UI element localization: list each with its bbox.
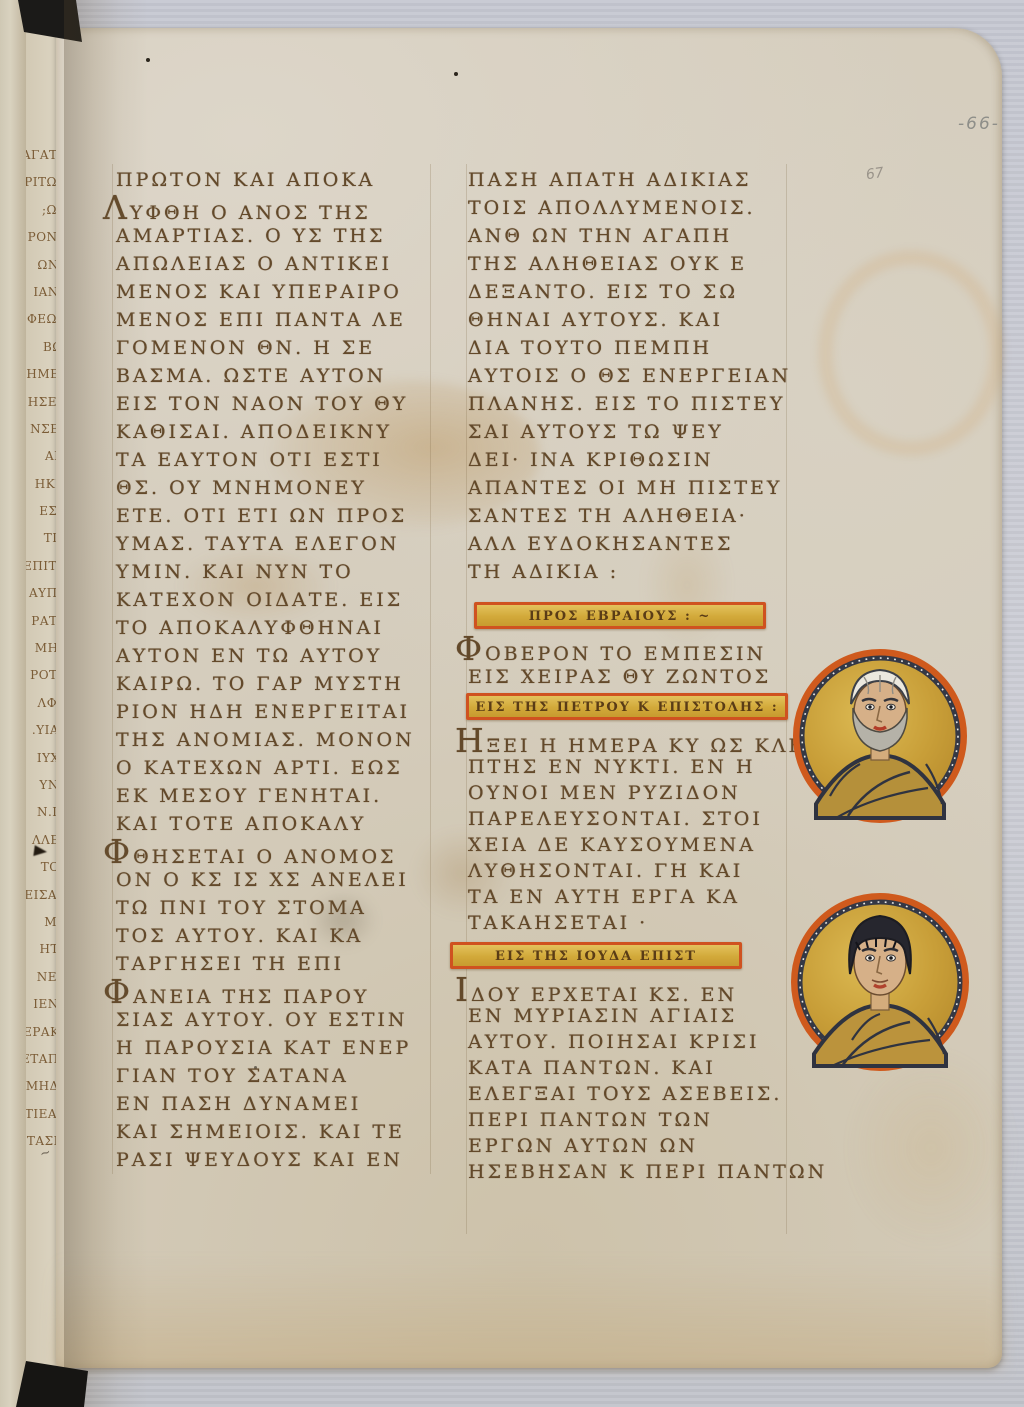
manuscript-line: ΣΑΙ ΑΥΤΟΥΣ ΤΩ ΨΕΥ xyxy=(468,418,804,446)
manuscript-line: ΕΙΣ ΧΕΙΡΑΣ ΘΥ ΖΩΝΤΟΣ xyxy=(468,663,804,691)
manuscript-line: ΒΑΣΜΑ. ΩΣΤΕ ΑΥΤΟΝ xyxy=(116,362,446,390)
manuscript-line: ΤΟΙΣ ΑΠΟΛΛΥΜΕΝΟΙΣ. xyxy=(468,194,804,222)
manuscript-line: ΥΜΑΣ. ΤΑΥΤΑ ΕΛΕΓΟΝ xyxy=(116,530,446,558)
manuscript-line: ΘΗΝΑΙ ΑΥΤΟΥΣ. ΚΑΙ xyxy=(468,306,804,334)
ink-speck xyxy=(146,58,150,62)
manuscript-line: ΔΕΞΑΝΤΟ. ΕΙΣ ΤΟ ΣΩ xyxy=(468,278,804,306)
manuscript-line: ΚΑΙΡΩ. ΤΟ ΓΑΡ ΜΥΣΤΗ xyxy=(116,670,446,698)
left-text-column: ΠΡΩΤΟΝ ΚΑΙ ΑΠΟΚΑΛΥΦΘΗ Ο ΑΝΟΣ ΤΗΣΑΜΑΡΤΙΑΣ… xyxy=(116,166,446,1174)
manuscript-line: ΑΝΘ ΩΝ ΤΗΝ ΑΓΑΠΗ xyxy=(468,222,804,250)
manuscript-line: ΣΑΝΤΕΣ ΤΗ ΑΛΗΘΕΙΑ· xyxy=(468,502,804,530)
manuscript-line: ΕΝ ΜΥΡΙΑΣΙΝ ΑΓΙΑΙΣ xyxy=(468,1003,804,1029)
manuscript-line: Ο ΚΑΤΕΧΩΝ ΑΡΤΙ. ΕΩΣ xyxy=(116,754,446,782)
manuscript-line: ΠΑΡΕΛΕΥΣΟΝΤΑΙ. ΣΤΟΙ xyxy=(468,806,804,832)
manuscript-line: ΛΥΦΘΗ Ο ΑΝΟΣ ΤΗΣ xyxy=(116,194,446,222)
manuscript-line: ΑΠΩΛΕΙΑΣ Ο ΑΝΤΙΚΕΙ xyxy=(116,250,446,278)
elder-apostle-portrait-medallion xyxy=(790,646,970,826)
parchment-stain xyxy=(846,1048,1016,1248)
manuscript-line: ΚΑΙ ΣΗΜΕΙΟΙΣ. ΚΑΙ ΤΕ xyxy=(116,1118,446,1146)
manuscript-line: ΕΡΓΩΝ ΑΥΤΩΝ ΩΝ xyxy=(468,1133,804,1159)
manuscript-line: ΜΕΝΟΣ ΚΑΙ ΥΠΕΡΑΙΡΟ xyxy=(116,278,446,306)
manuscript-line: ΓΟΜΕΝΟΝ ΘΝ. Η ΣΕ xyxy=(116,334,446,362)
secondary-folio-number: 67 xyxy=(865,165,885,183)
right-text-column: ΠΑΣΗ ΑΠΑΤΗ ΑΔΙΚΙΑΣΤΟΙΣ ΑΠΟΛΛΥΜΕΝΟΙΣ.ΑΝΘ … xyxy=(468,166,804,1185)
manuscript-line: ΟΥΝΟΙ ΜΕΝ ΡΥΖΙΔΟΝ xyxy=(468,780,804,806)
manuscript-line: ΕΙΣ ΤΟΝ ΝΑΟΝ ΤΟΥ ΘΥ xyxy=(116,390,446,418)
manuscript-line: ΑΠΑΝΤΕΣ ΟΙ ΜΗ ΠΙΣΤΕΥ xyxy=(468,474,804,502)
manuscript-line: ΛΥΘΗΣΟΝΤΑΙ. ΓΗ ΚΑΙ xyxy=(468,858,804,884)
manuscript-line: Η ΠΑΡΟΥΣΙΑ ΚΑΤ ΕΝΕΡ xyxy=(116,1034,446,1062)
manuscript-line: ΤΟ ΑΠΟΚΑΛΥΦΘΗΝΑΙ xyxy=(116,614,446,642)
manuscript-line: ΑΥΤΟΝ ΕΝ ΤΩ ΑΥΤΟΥ xyxy=(116,642,446,670)
gutter-dark-mark xyxy=(33,845,47,858)
manuscript-line: ΤΑΚΑΗΣΕΤΑΙ · xyxy=(468,910,804,936)
manuscript-line: ΚΑΘΙΣΑΙ. ΑΠΟΔΕΙΚΝΥ xyxy=(116,418,446,446)
manuscript-line: ΔΕΙ· ΙΝΑ ΚΡΙΘΩΣΙΝ xyxy=(468,446,804,474)
book-cover-edge xyxy=(0,0,26,1407)
manuscript-line: ΤΩ ΠΝΙ ΤΟΥ ΣΤΟΜΑ xyxy=(116,894,446,922)
manuscript-line: ΗΣΕΒΗΣΑΝ Κ ΠΕΡΙ ΠΑΝΤΩΝ xyxy=(468,1159,804,1185)
manuscript-line: ΚΑΤΑ ΠΑΝΤΩΝ. ΚΑΙ xyxy=(468,1055,804,1081)
manuscript-line: ΘΣ. ΟΥ ΜΝΗΜΟΝΕΥ xyxy=(116,474,446,502)
manuscript-photograph: ΝΑΓΑΤΩΕΡΙΤΩΝΩΝ;ΡΟΝΩΩΝΑΙΑΝΕΦΕΩΝΒΩΙΗΜΕΡΗΣΕ… xyxy=(0,0,1024,1407)
manuscript-line: ΤΗ ΑΔΙΚΙΑ : xyxy=(468,558,804,586)
manuscript-line: ΔΙΑ ΤΟΥΤΟ ΠΕΜΠΗ xyxy=(468,334,804,362)
manuscript-line: ΕΚ ΜΕΣΟΥ ΓΕΝΗΤΑΙ. xyxy=(116,782,446,810)
rubric-hebrews-title: ΠΡΟΣ ΕΒΡΑΙΟΥΣ : ~ xyxy=(474,602,766,629)
manuscript-line: ΥΜΙΝ. ΚΑΙ ΝΥΝ ΤΟ xyxy=(116,558,446,586)
manuscript-line: ΚΑΤΕΧΟΝ ΟΙΔΑΤΕ. ΕΙΣ xyxy=(116,586,446,614)
manuscript-page: -66- 67 ΠΡΩΤΟΝ ΚΑΙ ΑΠΟΚΑΛΥΦΘΗ Ο ΑΝΟΣ ΤΗΣ… xyxy=(56,28,1002,1368)
manuscript-line: ΠΑΣΗ ΑΠΑΤΗ ΑΔΙΚΙΑΣ xyxy=(468,166,804,194)
ruling-line xyxy=(112,164,113,1174)
manuscript-line: ΤΟΣ ΑΥΤΟΥ. ΚΑΙ ΚΑ xyxy=(116,922,446,950)
manuscript-line: ΦΑΝΕΙΑ ΤΗΣ ΠΑΡΟΥ xyxy=(116,978,446,1006)
rubric-jude-title: ΕΙΣ ΤΗΣ ΙΟΥΔΑ ΕΠΙΣΤ xyxy=(450,942,742,969)
manuscript-line: ΡΙΟΝ ΗΔΗ ΕΝΕΡΓΕΙΤΑΙ xyxy=(116,698,446,726)
manuscript-line: ΟΝ Ο ΚΣ ΙΣ ΧΣ ΑΝΕΛΕΙ xyxy=(116,866,446,894)
hebrews-quote-lines: ΦΟΒΕΡΟΝ ΤΟ ΕΜΠΕΣΙΝΕΙΣ ΧΕΙΡΑΣ ΘΥ ΖΩΝΤΟΣ xyxy=(468,635,804,691)
manuscript-line: ΑΥΤΟΙΣ Ο ΘΣ ΕΝΕΡΓΕΙΑΝ xyxy=(468,362,804,390)
manuscript-line: ΤΑ ΕΝ ΑΥΤΗ ΕΡΓΑ ΚΑ xyxy=(468,884,804,910)
manuscript-line: ΑΥΤΟΥ. ΠΟΙΗΣΑΙ ΚΡΙΣΙ xyxy=(468,1029,804,1055)
manuscript-line: ΕΤΕ. ΟΤΙ ΕΤΙ ΩΝ ΠΡΟΣ xyxy=(116,502,446,530)
manuscript-line: ΜΕΝΟΣ ΕΠΙ ΠΑΝΤΑ ΛΕ xyxy=(116,306,446,334)
manuscript-line: ΓΙΑΝ ΤΟΥ ΣΑΤΑΝΑ xyxy=(116,1062,446,1090)
manuscript-line: ΤΗΣ ΑΛΗΘΕΙΑΣ ΟΥΚ Ε xyxy=(468,250,804,278)
parchment-stain-ring xyxy=(818,250,1004,456)
manuscript-line: ΚΑΙ ΤΟΤΕ ΑΠΟΚΑΛΥ xyxy=(116,810,446,838)
manuscript-line: ΕΝ ΠΑΣΗ ΔΥΝΑΜΕΙ xyxy=(116,1090,446,1118)
manuscript-line: ΗΞΕΙ Η ΗΜΕΡΑ ΚΥ ΩΣ ΚΛΕ xyxy=(468,728,804,754)
manuscript-line: ΧΕΙΑ ΔΕ ΚΑΥΣΟΥΜΕΝΑ xyxy=(468,832,804,858)
manuscript-line: ΙΔΟΥ ΕΡΧΕΤΑΙ ΚΣ. ΕΝ xyxy=(468,977,804,1003)
manuscript-line: ΡΑΣΙ ΨΕΥΔΟΥΣ ΚΑΙ ΕΝ xyxy=(116,1146,446,1174)
manuscript-line: ΦΟΒΕΡΟΝ ΤΟ ΕΜΠΕΣΙΝ xyxy=(468,635,804,663)
manuscript-line: ΣΙΑΣ ΑΥΤΟΥ. ΟΥ ΕΣΤΙΝ xyxy=(116,1006,446,1034)
peter-quote-lines: ΗΞΕΙ Η ΗΜΕΡΑ ΚΥ ΩΣ ΚΛΕΠΤΗΣ ΕΝ ΝΥΚΤΙ. ΕΝ … xyxy=(468,728,804,936)
manuscript-line: ΦΘΗΣΕΤΑΙ Ο ΑΝΟΜΟΣ xyxy=(116,838,446,866)
manuscript-line: ΠΤΗΣ ΕΝ ΝΥΚΤΙ. ΕΝ Η xyxy=(468,754,804,780)
manuscript-line: ΤΑ ΕΑΥΤΟΝ ΟΤΙ ΕΣΤΙ xyxy=(116,446,446,474)
manuscript-line: ΤΑΡΓΗΣΕΙ ΤΗ ΕΠΙ xyxy=(116,950,446,978)
manuscript-line: ΕΛΕΓΞΑΙ ΤΟΥΣ ΑΣΕΒΕΙΣ. xyxy=(468,1081,804,1107)
manuscript-line: ΑΛΛ ΕΥΔΟΚΗΣΑΝΤΕΣ xyxy=(468,530,804,558)
bottom-edge-toning xyxy=(56,1258,1002,1368)
jude-quote-lines: ΙΔΟΥ ΕΡΧΕΤΑΙ ΚΣ. ΕΝΕΝ ΜΥΡΙΑΣΙΝ ΑΓΙΑΙΣΑΥΤ… xyxy=(468,977,804,1185)
ink-speck xyxy=(454,72,458,76)
manuscript-line: ΑΜΑΡΤΙΑΣ. Ο ΥΣ ΤΗΣ xyxy=(116,222,446,250)
manuscript-line: ΤΗΣ ΑΝΟΜΙΑΣ. ΜΟΝΟΝ xyxy=(116,726,446,754)
right-column-top-lines: ΠΑΣΗ ΑΠΑΤΗ ΑΔΙΚΙΑΣΤΟΙΣ ΑΠΟΛΛΥΜΕΝΟΙΣ.ΑΝΘ … xyxy=(468,166,804,586)
manuscript-line: ΠΡΩΤΟΝ ΚΑΙ ΑΠΟΚΑ xyxy=(116,166,446,194)
young-apostle-portrait-medallion xyxy=(788,890,972,1074)
manuscript-line: ΠΛΑΝΗΣ. ΕΙΣ ΤΟ ΠΙΣΤΕΥ xyxy=(468,390,804,418)
rubric-peter-title: ΕΙΣ ΤΗΣ ΠΕΤΡΟΥ Κ ΕΠΙΣΤΟΛΗΣ : xyxy=(466,693,788,720)
folio-number: -66- xyxy=(958,114,1000,134)
manuscript-line: ΠΕΡΙ ΠΑΝΤΩΝ ΤΩΝ xyxy=(468,1107,804,1133)
